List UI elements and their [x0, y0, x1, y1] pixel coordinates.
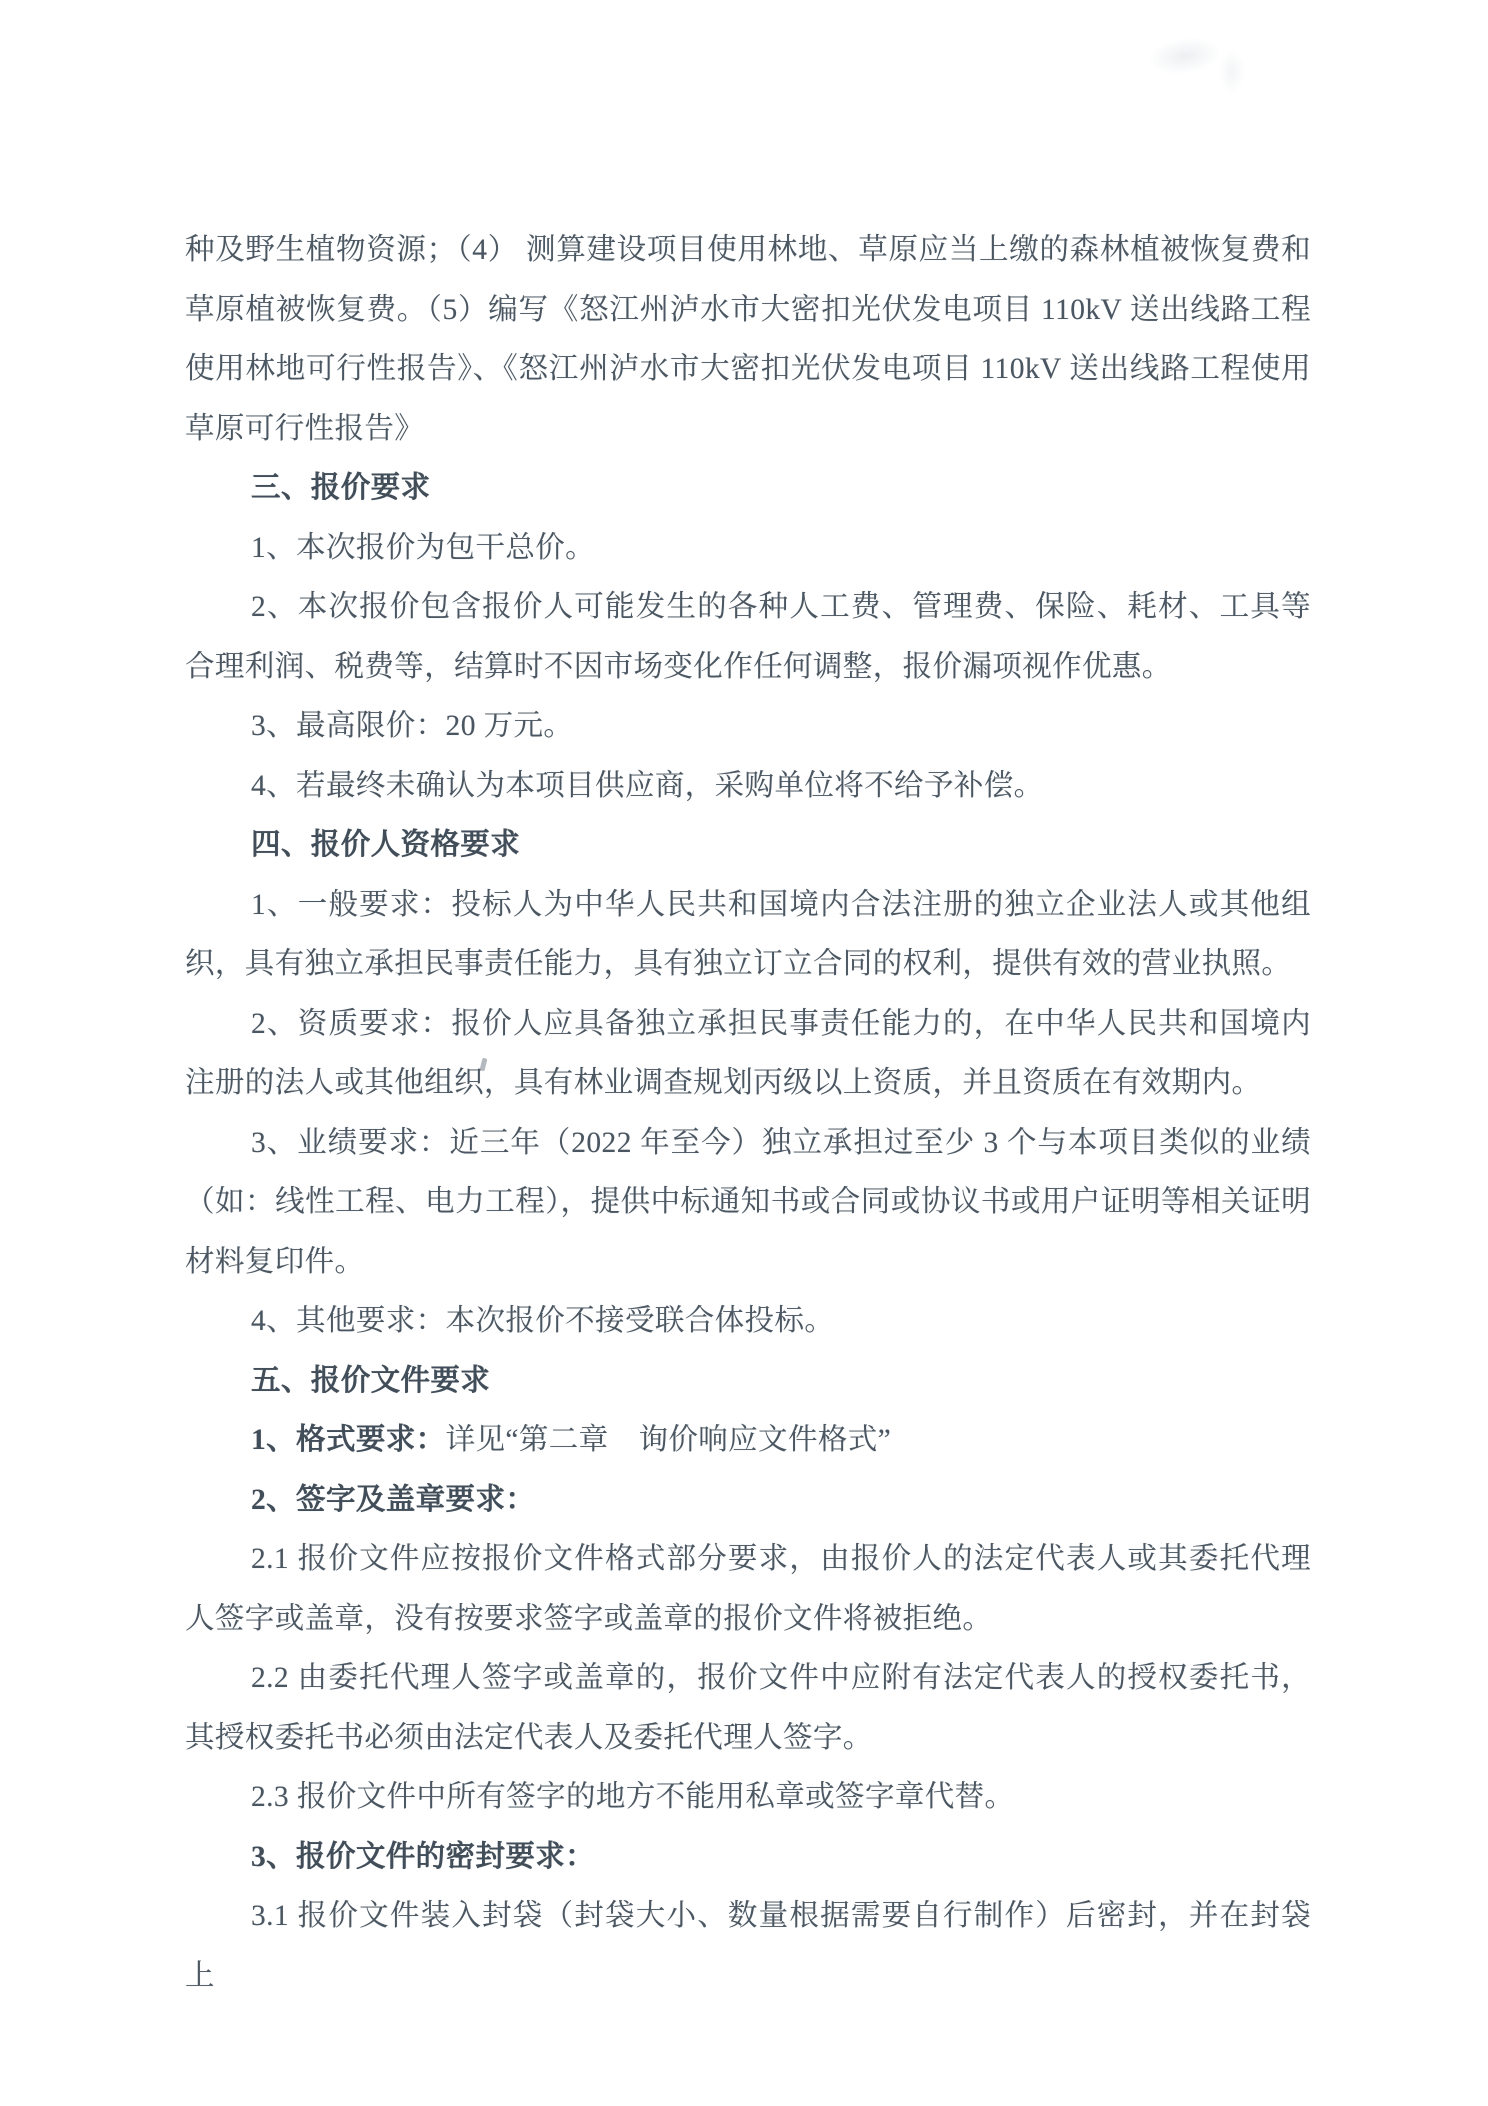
- document-body: 种及野生植物资源；（4） 测算建设项目使用林地、草原应当上缴的森林植被恢复费和草…: [185, 221, 1311, 2006]
- text-run: 2、资质要求：报价人应具备独立承担民事责任能力的，在中华人民共和国境内注册的法人…: [185, 1008, 1311, 1100]
- paragraph: 1、一般要求：投标人为中华人民共和国境内合法注册的独立企业法人或其他组织，具有独…: [185, 876, 1311, 995]
- scan-smudge-artifact: [1146, 33, 1224, 79]
- text-run: 3.1 报价文件装入封袋（封袋大小、数量根据需要自行制作）后密封，并在封袋上: [185, 1900, 1311, 1992]
- section-heading: 五、报价文件要求: [185, 1352, 1311, 1412]
- scan-smudge-artifact: [1219, 50, 1245, 94]
- paragraph: 2.1 报价文件应按报价文件格式部分要求，由报价人的法定代表人或其委托代理人签字…: [185, 1530, 1311, 1649]
- paragraph: 1、本次报价为包干总价。: [185, 519, 1311, 579]
- text-run: 1、本次报价为包干总价。: [251, 532, 595, 564]
- scanned-document-page: 种及野生植物资源；（4） 测算建设项目使用林地、草原应当上缴的森林植被恢复费和草…: [0, 0, 1488, 2106]
- text-run: 2.2 由委托代理人签字或盖章的，报价文件中应附有法定代表人的授权委托书，其授权…: [185, 1662, 1311, 1754]
- paragraph: 2.3 报价文件中所有签字的地方不能用私章或签字章代替。: [185, 1768, 1311, 1828]
- paragraph: 4、若最终未确认为本项目供应商，采购单位将不给予补偿。: [185, 757, 1311, 817]
- paragraph: 1、格式要求：详见“第二章 询价响应文件格式”: [185, 1411, 1311, 1471]
- paragraph: 3、业绩要求：近三年（2022 年至今）独立承担过至少 3 个与本项目类似的业绩…: [185, 1114, 1311, 1293]
- paragraph: 3、最高限价：20 万元。: [185, 697, 1311, 757]
- text-run: 3、业绩要求：近三年（2022 年至今）独立承担过至少 3 个与本项目类似的业绩…: [185, 1127, 1311, 1278]
- paragraph: 3、报价文件的密封要求：: [185, 1828, 1311, 1888]
- text-run: 2.3 报价文件中所有签字的地方不能用私章或签字章代替。: [251, 1781, 1014, 1813]
- bold-text-run: 2、签字及盖章要求：: [251, 1484, 535, 1516]
- paragraph: 4、其他要求：本次报价不接受联合体投标。: [185, 1292, 1311, 1352]
- text-run: 详见“第二章 询价响应文件格式”: [446, 1424, 892, 1456]
- bold-text-run: 四、报价人资格要求: [251, 829, 520, 861]
- text-run: 2.1 报价文件应按报价文件格式部分要求，由报价人的法定代表人或其委托代理人签字…: [185, 1543, 1311, 1635]
- bold-text-run: 三、报价要求: [251, 472, 430, 504]
- paragraph: 2、资质要求：报价人应具备独立承担民事责任能力的，在中华人民共和国境内注册的法人…: [185, 995, 1311, 1114]
- section-heading: 三、报价要求: [185, 459, 1311, 519]
- section-heading: 四、报价人资格要求: [185, 816, 1311, 876]
- text-run: 4、其他要求：本次报价不接受联合体投标。: [251, 1305, 834, 1337]
- paragraph: 2、本次报价包含报价人可能发生的各种人工费、管理费、保险、耗材、工具等合理利润、…: [185, 578, 1311, 697]
- paragraph: 2、签字及盖章要求：: [185, 1471, 1311, 1531]
- text-run: 2、本次报价包含报价人可能发生的各种人工费、管理费、保险、耗材、工具等合理利润、…: [185, 591, 1311, 683]
- paragraph: 3.1 报价文件装入封袋（封袋大小、数量根据需要自行制作）后密封，并在封袋上: [185, 1887, 1311, 2006]
- text-run: 种及野生植物资源；（4） 测算建设项目使用林地、草原应当上缴的森林植被恢复费和草…: [185, 234, 1311, 445]
- bold-text-run: 3、报价文件的密封要求：: [251, 1841, 595, 1873]
- text-run: 4、若最终未确认为本项目供应商，采购单位将不给予补偿。: [251, 770, 1044, 802]
- bold-text-run: 五、报价文件要求: [251, 1365, 490, 1397]
- bold-text-run: 1、格式要求：: [251, 1424, 446, 1456]
- paragraph: 种及野生植物资源；（4） 测算建设项目使用林地、草原应当上缴的森林植被恢复费和草…: [185, 221, 1311, 459]
- text-run: 1、一般要求：投标人为中华人民共和国境内合法注册的独立企业法人或其他组织，具有独…: [185, 889, 1311, 981]
- text-run: 3、最高限价：20 万元。: [251, 710, 573, 742]
- paragraph: 2.2 由委托代理人签字或盖章的，报价文件中应附有法定代表人的授权委托书，其授权…: [185, 1649, 1311, 1768]
